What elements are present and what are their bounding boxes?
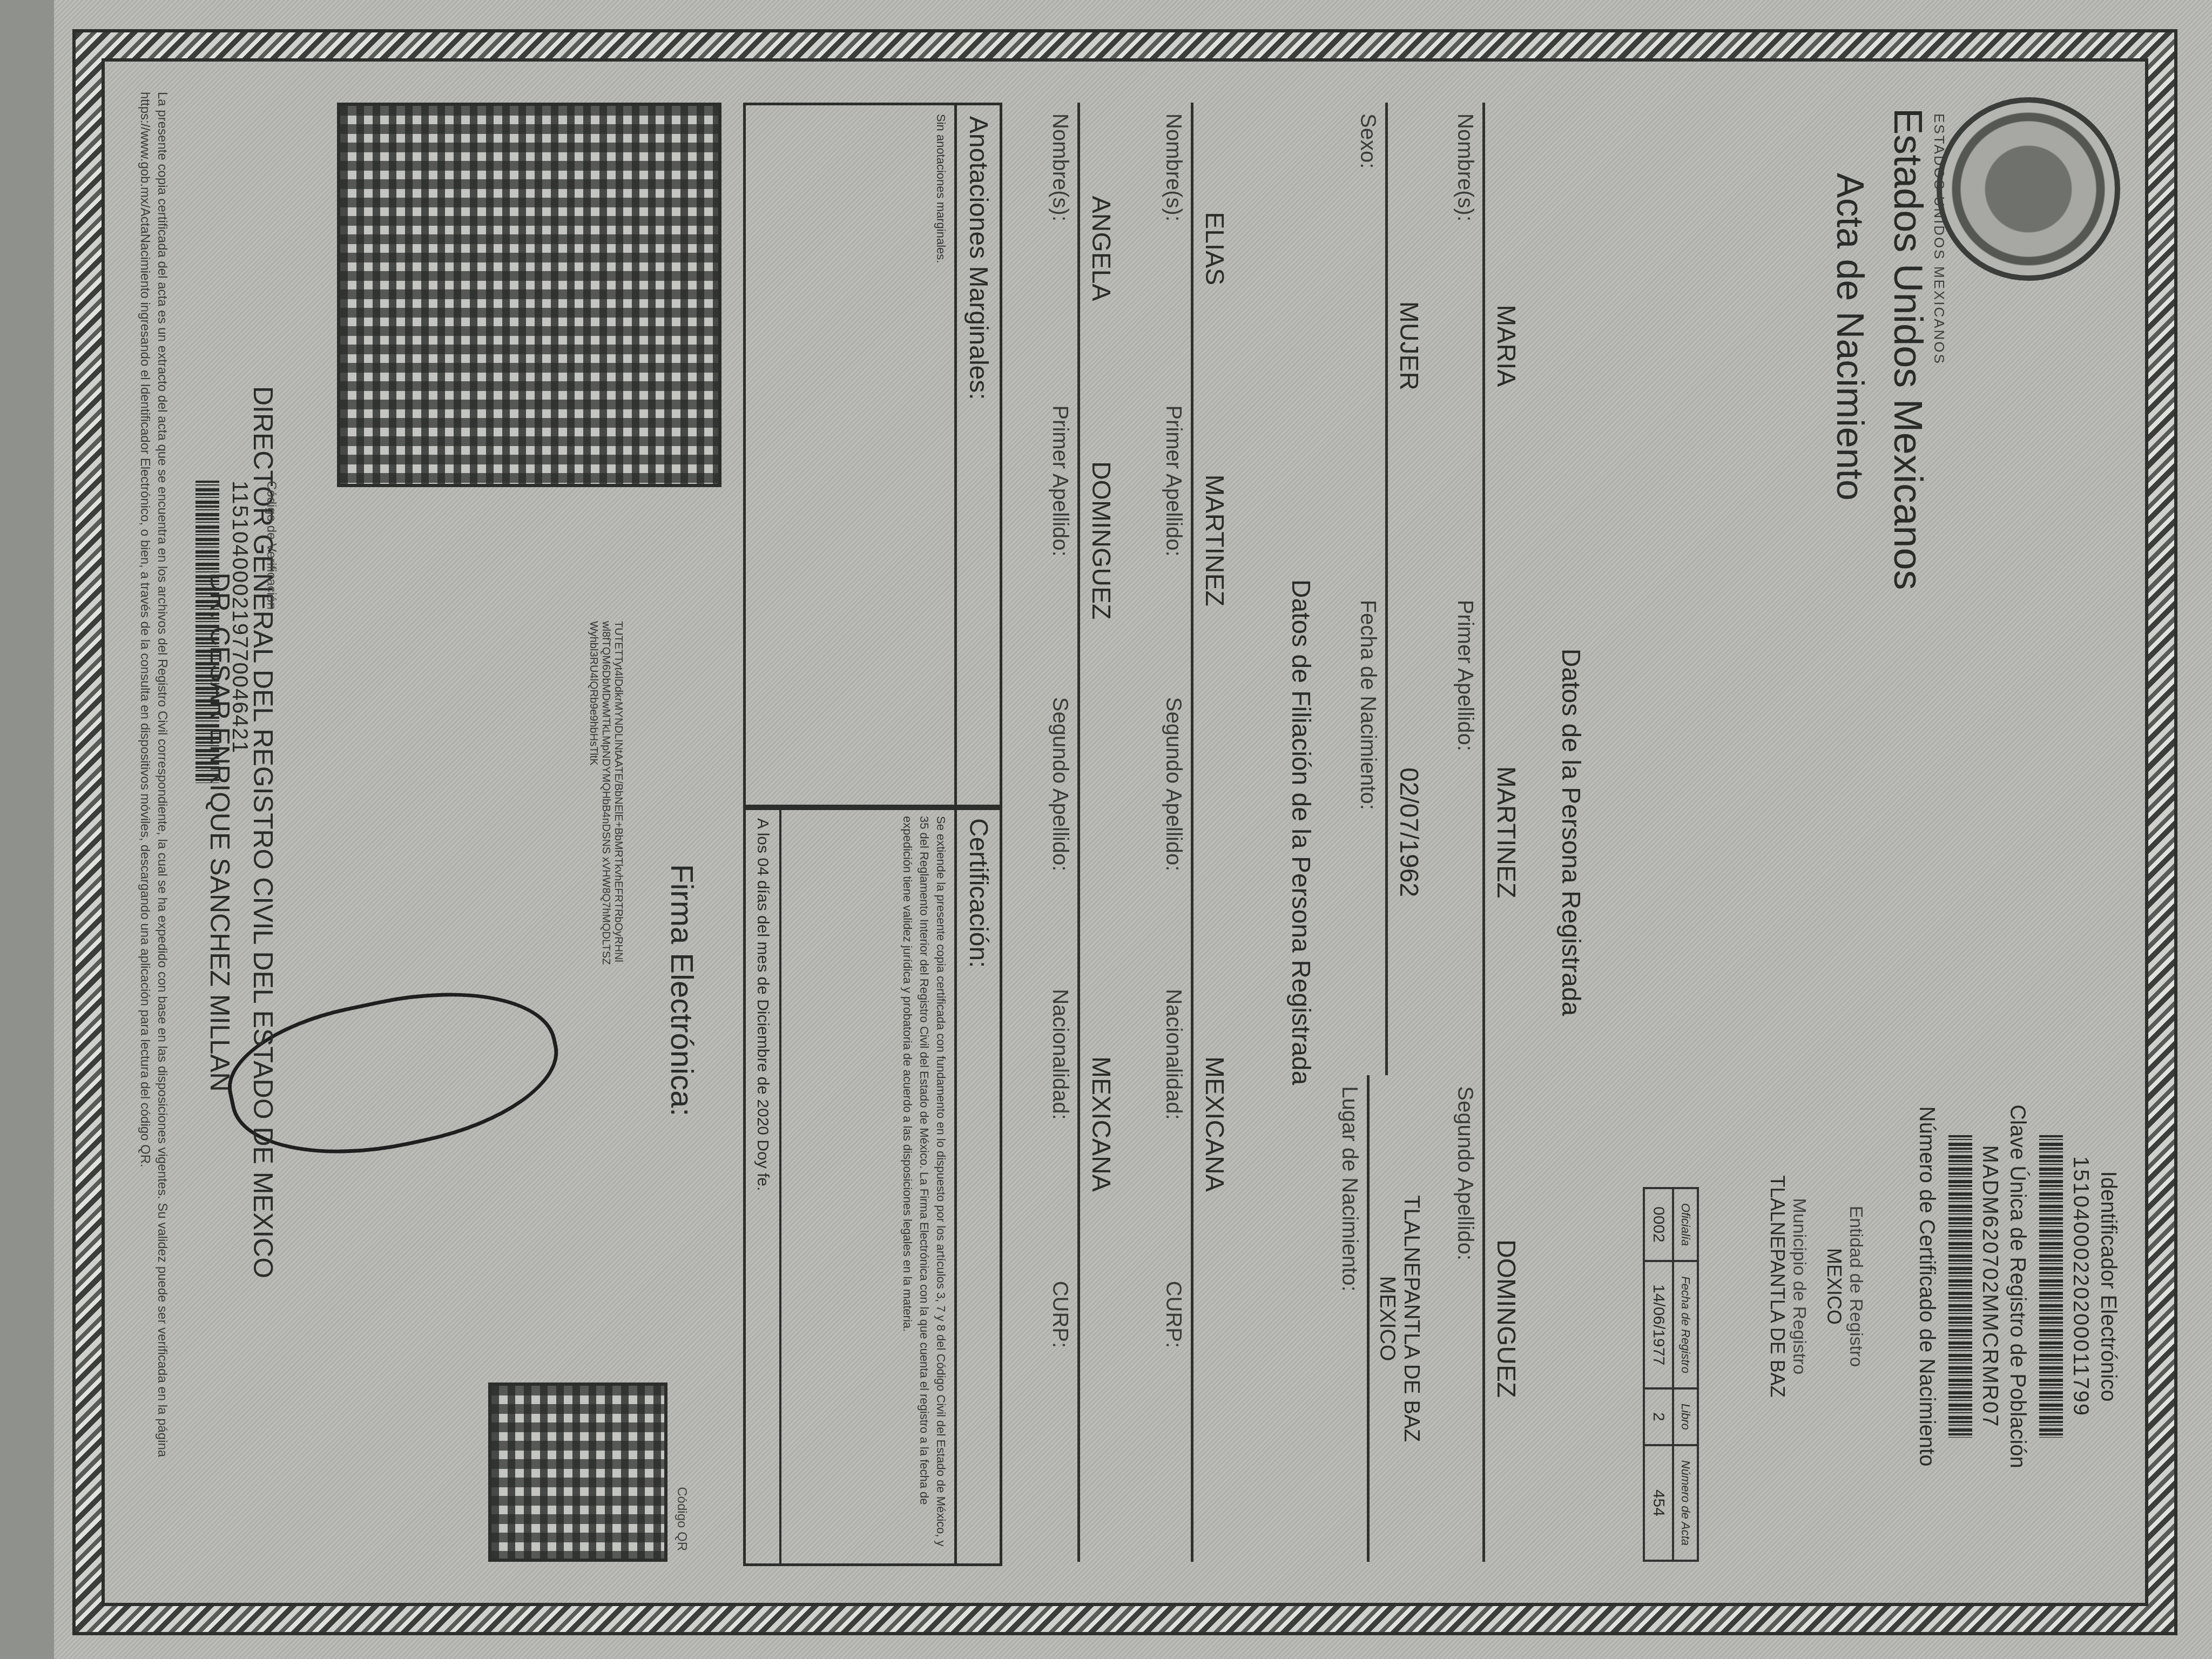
validation-code: 115104000219770046421 xyxy=(227,481,252,754)
td-fecha-registro: 14/06/1977 xyxy=(1644,1261,1673,1388)
madre-primer-apellido-value: DOMINGUEZ xyxy=(1077,394,1116,686)
qr-code-large xyxy=(337,103,721,487)
primer-apellido-label: Primer Apellido: xyxy=(1453,589,1477,1076)
identificador-barcode xyxy=(2039,1135,2063,1438)
identificador-value: 15104000220200011799 xyxy=(2068,1011,2093,1562)
th-libro: Libro xyxy=(1673,1388,1698,1445)
registro-table: Oficialía Fecha de Registro Libro Número… xyxy=(1643,1187,1699,1562)
madre-curp-value xyxy=(1077,1270,1116,1562)
curp-value: MADM620702MMCRMR07 xyxy=(1978,1011,2002,1562)
identifier-block: Identificador Electrónico 15104000220200… xyxy=(1914,1011,2120,1562)
padre-primer-apellido-value: MARTINEZ xyxy=(1191,394,1229,686)
seal-label: ESTADOS UNIDOS MEXICANOS xyxy=(1931,113,1947,365)
birth-certificate-document: ESTADOS UNIDOS MEXICANOS Estados Unidos … xyxy=(54,0,2212,1659)
sexo-value: MUJER xyxy=(1385,103,1424,589)
footer-legal-text: La presente copia certificada del acta e… xyxy=(136,92,171,1573)
municipio-value: TLALNEPANTLA DE BAZ xyxy=(1766,1054,1789,1519)
padre-nacionalidad-value: MEXICANA xyxy=(1191,978,1229,1270)
filiacion-section-title: Datos de Filiación de la Persona Registr… xyxy=(1286,81,1316,1583)
padre-curp-label: CURP: xyxy=(1161,1270,1185,1562)
td-numero-acta: 454 xyxy=(1644,1445,1673,1561)
madre-nombres-value: ANGELA xyxy=(1077,103,1116,394)
nombres-value: MARIA xyxy=(1482,103,1521,589)
persona-birth-row: MUJERSexo: 02/07/1962Fecha de Nacimiento… xyxy=(1337,103,1424,1562)
national-seal-icon xyxy=(1937,97,2120,281)
validation-label: Código de Verificación xyxy=(264,481,279,610)
sexo-label: Sexo: xyxy=(1355,103,1380,589)
certificacion-title: Certificación: xyxy=(954,807,1000,1563)
segundo-apellido-label: Segundo Apellido: xyxy=(1453,1075,1477,1562)
madre-segundo-apellido-label: Segundo Apellido: xyxy=(1048,686,1072,978)
certificacion-date: A los 04 días del mes de Diciembre de 20… xyxy=(746,807,781,1563)
th-numero-acta: Número de Acta xyxy=(1673,1445,1698,1561)
padre-nombres-label: Nombre(s): xyxy=(1161,103,1185,394)
persona-section-title: Datos de la Persona Registrada xyxy=(1556,81,1586,1583)
segundo-apellido-value: DOMINGUEZ xyxy=(1482,1075,1521,1562)
registro-fields: Entidad de Registro MEXICO Municipio de … xyxy=(1753,1054,1866,1519)
madre-segundo-apellido-value xyxy=(1077,686,1116,978)
th-fecha-registro: Fecha de Registro xyxy=(1673,1261,1698,1388)
identificador-label: Identificador Electrónico xyxy=(2096,1011,2120,1562)
madre-nombres-label: Nombre(s): xyxy=(1048,103,1072,394)
municipio-label: Municipio de Registro xyxy=(1789,1054,1810,1519)
nombres-label: Nombre(s): xyxy=(1453,103,1477,589)
madre-primer-apellido-label: Primer Apellido: xyxy=(1048,394,1072,686)
td-oficialia: 0002 xyxy=(1644,1188,1673,1261)
firma-title: Firma Electrónica: xyxy=(664,864,700,1116)
padre-segundo-apellido-label: Segundo Apellido: xyxy=(1161,686,1185,978)
director-title: DIRECTOR GENERAL DEL REGISTRO CIVIL DEL … xyxy=(247,81,279,1583)
lugar-nacimiento-value: TLALNEPANTLA DE BAZ MEXICO xyxy=(1367,1075,1424,1562)
fecha-nacimiento-label: Fecha de Nacimiento: xyxy=(1355,589,1380,1076)
curp-barcode xyxy=(1948,1135,1972,1438)
fecha-nacimiento-value: 02/07/1962 xyxy=(1385,589,1424,1076)
padre-primer-apellido-label: Primer Apellido: xyxy=(1161,394,1185,686)
document-title: Acta de Nacimiento xyxy=(1829,173,1872,501)
padre-nacionalidad-label: Nacionalidad: xyxy=(1161,978,1185,1270)
qr-code-small xyxy=(488,1382,667,1562)
qr-label: Código QR xyxy=(674,1487,689,1551)
firma-hash: TUTETTyt4lDdkrMYNDLINtAATE/BbNElE+BbMRTk… xyxy=(587,621,624,1107)
lugar-nacimiento-label: Lugar de Nacimiento: xyxy=(1337,1075,1361,1562)
padre-nombres-value: ELIAS xyxy=(1191,103,1229,394)
primer-apellido-value: MARTINEZ xyxy=(1482,589,1521,1076)
persona-name-row: MARIANombre(s): MARTINEZPrimer Apellido:… xyxy=(1453,103,1521,1562)
padre-curp-value xyxy=(1191,1270,1229,1562)
certificacion-box: Certificación: Se extiende la presente c… xyxy=(743,805,1002,1566)
validation-barcode xyxy=(195,481,219,783)
country-title: Estados Unidos Mexicanos xyxy=(1885,108,1931,590)
certificacion-body: Se extiende la presente copia certificad… xyxy=(894,807,954,1563)
curp-label: Clave Única de Registro de Población xyxy=(2005,1011,2029,1562)
certificado-label: Número de Certificado de Nacimiento xyxy=(1914,1011,1939,1562)
entidad-value: MEXICO xyxy=(1823,1054,1845,1519)
entidad-label: Entidad de Registro xyxy=(1845,1054,1866,1519)
madre-curp-label: CURP: xyxy=(1048,1270,1072,1562)
madre-nacionalidad-value: MEXICANA xyxy=(1077,978,1116,1270)
director-name: DR. CESAR ENRIQUE SANCHEZ MILLAN xyxy=(204,81,235,1583)
padre-segundo-apellido-value xyxy=(1191,686,1229,978)
madre-nacionalidad-label: Nacionalidad: xyxy=(1048,978,1072,1270)
padre-row: ELIASNombre(s): MARTINEZPrimer Apellido:… xyxy=(1161,103,1229,1562)
anotaciones-content: Sin anotaciones marginales. xyxy=(927,105,954,807)
anotaciones-box: Anotaciones Marginales: Sin anotaciones … xyxy=(743,103,1002,810)
th-oficialia: Oficialía xyxy=(1673,1188,1698,1261)
anotaciones-title: Anotaciones Marginales: xyxy=(954,105,1000,807)
td-libro: 2 xyxy=(1644,1388,1673,1445)
madre-row: ANGELANombre(s): DOMINGUEZPrimer Apellid… xyxy=(1048,103,1116,1562)
